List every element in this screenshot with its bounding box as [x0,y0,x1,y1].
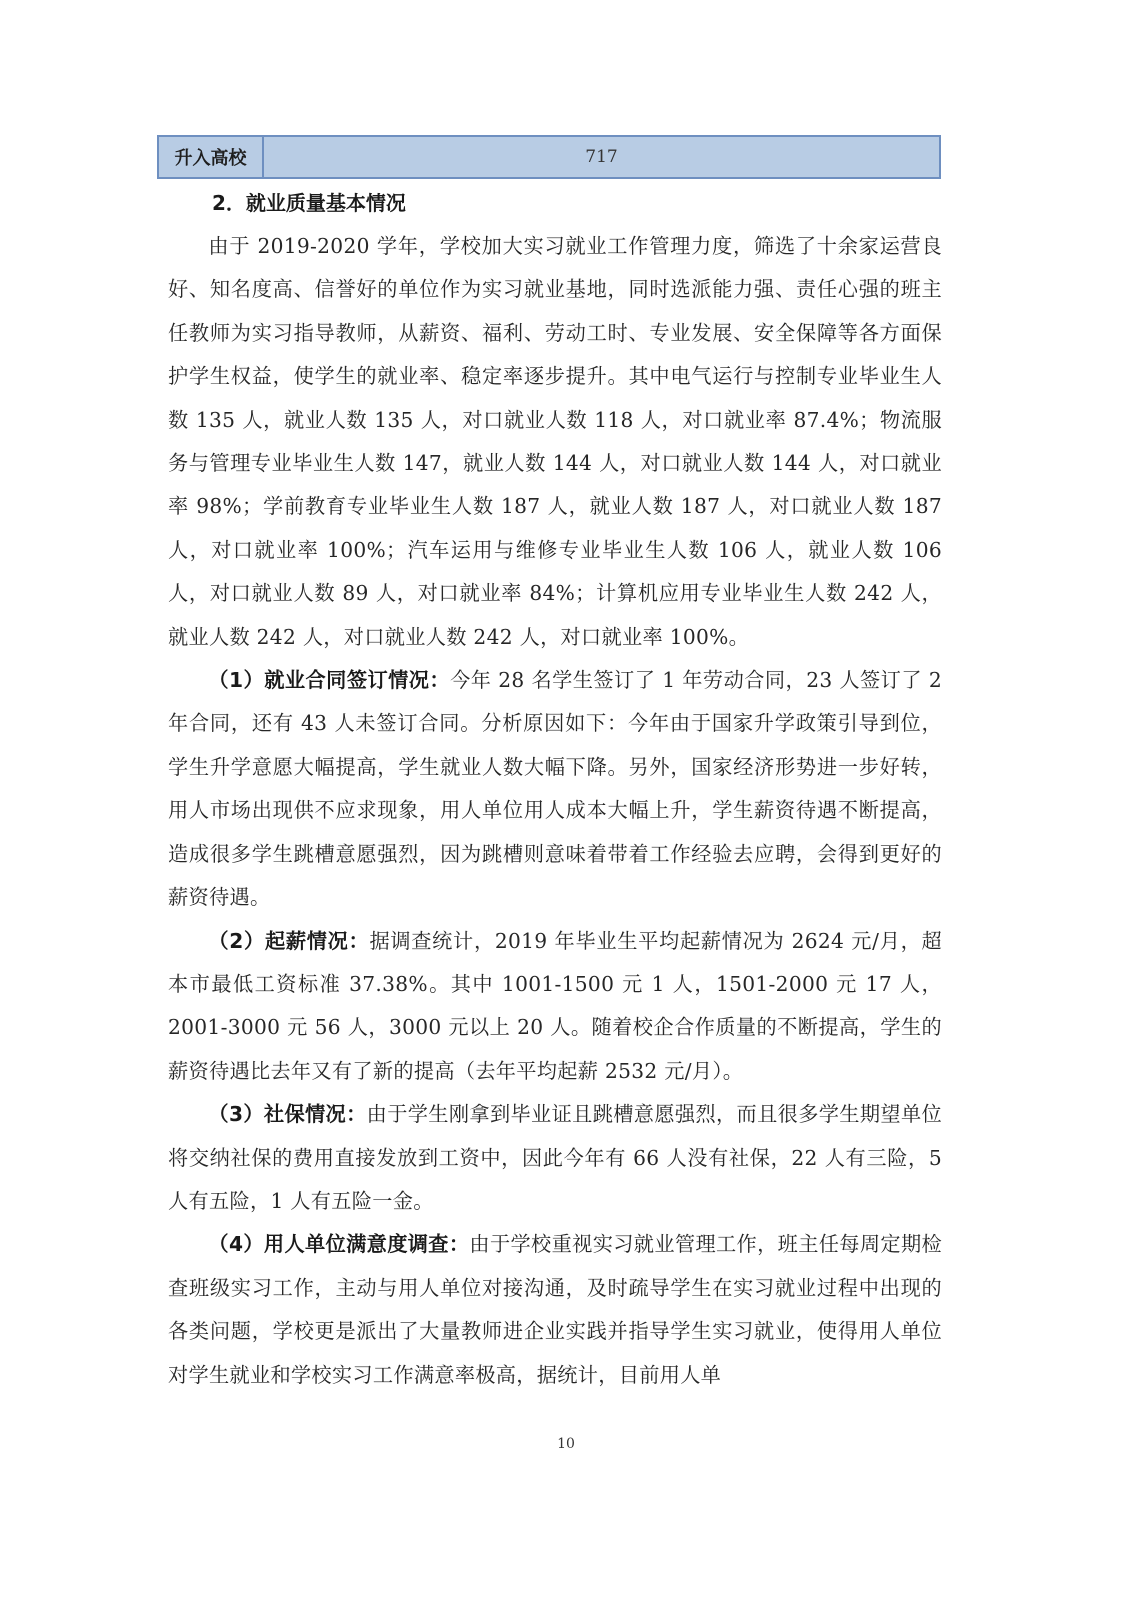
paragraph-label: （3）社保情况： [208,1102,366,1126]
paragraph-social-insurance: （3）社保情况：由于学生刚拿到毕业证且跳槽意愿强烈，而且很多学生期望单位将交纳社… [168,1093,942,1223]
paragraph-salary: （2）起薪情况：据调查统计，2019 年毕业生平均起薪情况为 2624 元/月，… [168,920,942,1094]
paragraph-label: （2）起薪情况： [208,929,369,953]
data-table-row: 升入高校 717 [157,135,941,179]
section-heading: 2．就业质量基本情况 [168,181,942,225]
paragraph-label: （4）用人单位满意度调查： [208,1232,469,1256]
paragraph-employer-satisfaction: （4）用人单位满意度调查：由于学校重视实习就业管理工作，班主任每周定期检查班级实… [168,1223,942,1397]
table-cell-label: 升入高校 [159,137,264,177]
table-cell-value: 717 [264,137,939,177]
paragraph-text: 今年 28 名学生签订了 1 年劳动合同，23 人签订了 2 年合同，还有 43… [168,668,942,909]
page-number: 10 [0,1436,1132,1452]
document-body: 2．就业质量基本情况 由于 2019-2020 学年，学校加大实习就业工作管理力… [168,181,942,1397]
paragraph-contract: （1）就业合同签订情况：今年 28 名学生签订了 1 年劳动合同，23 人签订了… [168,659,942,919]
document-page: 升入高校 717 2．就业质量基本情况 由于 2019-2020 学年，学校加大… [0,0,1132,1600]
paragraph-label: （1）就业合同签订情况： [208,668,450,692]
intro-paragraph: 由于 2019-2020 学年，学校加大实习就业工作管理力度，筛选了十余家运营良… [168,225,942,659]
